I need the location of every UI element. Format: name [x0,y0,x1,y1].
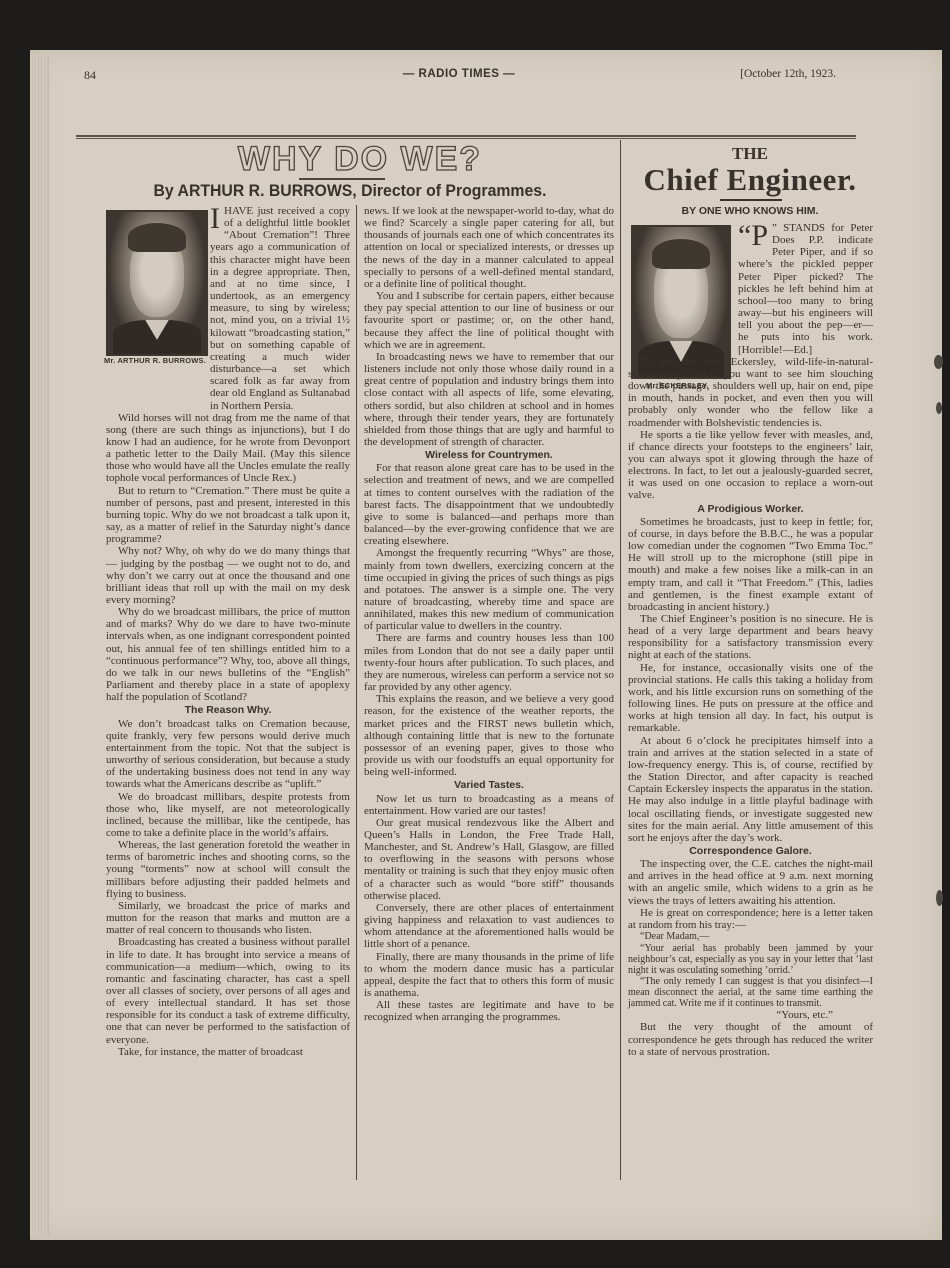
paragraph: He is great on correspondence; here is a… [628,907,873,931]
paragraph: Amongst the frequently recurring “Whys” … [364,547,614,632]
paragraph: Why not? Why, oh why do we do many thing… [106,545,350,606]
article2-byline: BY ONE WHO KNOWS HIM. [625,205,875,217]
paragraph: Conversely, there are other places of en… [364,902,614,951]
article2-title: Chief Engineer. [620,162,880,198]
paragraph: Similarly, we broadcast the price of mar… [106,900,350,936]
subheading-reason-why: The Reason Why. [106,704,350,716]
paragraph: Why do we broadcast millibars, the price… [106,606,350,703]
paragraph: Finally, there are many thousands in the… [364,951,614,1000]
subheading-varied-tastes: Varied Tastes. [364,779,614,791]
intro-paragraph: IHAVE just received a copy of a delightf… [210,205,350,412]
subheading-correspondence-galore: Correspondence Galore. [628,845,873,857]
closing-paragraph: But the very thought of the amount of co… [628,1021,873,1057]
paragraph: We don’t broadcast talks on Cremation be… [106,718,350,791]
paragraph: You and I subscribe for certain papers, … [364,290,614,351]
paragraph: We do broadcast millibars, despite prote… [106,791,350,840]
article1-column1: IHAVE just received a copy of a delightf… [106,205,350,1058]
article2-kicker: THE [625,144,875,164]
paragraph: Now let us turn to broadcasting as a mea… [364,793,614,817]
paragraph: Whereas, the last generation foretold th… [106,839,350,900]
paragraph: news. If we look at the newspaper-world … [364,205,614,290]
paragraph: Wild horses will not drag from me the na… [106,412,350,485]
header-rule [76,135,856,139]
article2-column: “P” STANDS for Peter Does P.P. indicate … [628,222,873,1058]
title-underline [720,199,782,201]
paragraph: For that reason alone great care has to … [364,462,614,547]
subheading-prodigious-worker: A Prodigious Worker. [628,503,873,515]
page-edge [30,54,49,1236]
ink-blot [934,355,943,369]
paragraph: He sports a tie like yellow fever with m… [628,429,873,502]
paragraph: All these tastes are legitimate and have… [364,999,614,1023]
issue-date: [October 12th, 1923. [740,68,836,80]
page-header: 84 — RADIO TIMES — [October 12th, 1923. [84,68,834,84]
paragraph: There are farms and country houses less … [364,632,614,693]
article1-column2: news. If we look at the newspaper-world … [364,205,614,1023]
drop-cap: I [210,206,220,232]
column-divider [620,140,621,1180]
article-byline: By ARTHUR R. BURROWS, Director of Progra… [127,181,573,201]
drop-cap: “P [738,223,768,249]
paragraph: Broadcasting has created a business with… [106,936,350,1045]
ink-blot [936,890,943,906]
paragraph: Sometimes he broadcasts, just to keep in… [628,516,873,613]
publication-title: — RADIO TIMES — [84,68,834,80]
subheading-wireless-countrymen: Wireless for Countrymen. [364,449,614,461]
column-divider [356,205,357,1180]
letter-body: “The only remedy I can suggest is that y… [628,976,873,1009]
paragraph: To get the real Eckersley, wild-life-in-… [628,356,873,429]
paragraph: At about 6 o’clock he precipitates himse… [628,735,873,844]
paragraph: The inspecting over, the C.E. catches th… [628,858,873,907]
letter-signoff: “Yours, etc.” [628,1009,873,1021]
paragraph: Our great musical rendezvous like the Al… [364,817,614,902]
paragraph: But to return to “Cremation.” There must… [106,485,350,546]
letter-body: “Your aerial has probably been jammed by… [628,943,873,976]
letter-salutation: “Dear Madam,— [628,931,873,943]
paragraph: In broadcasting news we have to remember… [364,351,614,448]
intro-paragraph: “P” STANDS for Peter Does P.P. indicate … [738,222,873,356]
paragraph: This explains the reason, and we believe… [364,693,614,778]
paragraph: Take, for instance, the matter of broadc… [106,1046,350,1058]
paragraph: The Chief Engineer’s position is no sine… [628,613,873,662]
ink-blot [936,402,942,414]
paragraph: He, for instance, occasionally visits on… [628,662,873,735]
title-underline [299,178,385,180]
article-title-why-do-we: WHY DO WE? [140,140,580,179]
